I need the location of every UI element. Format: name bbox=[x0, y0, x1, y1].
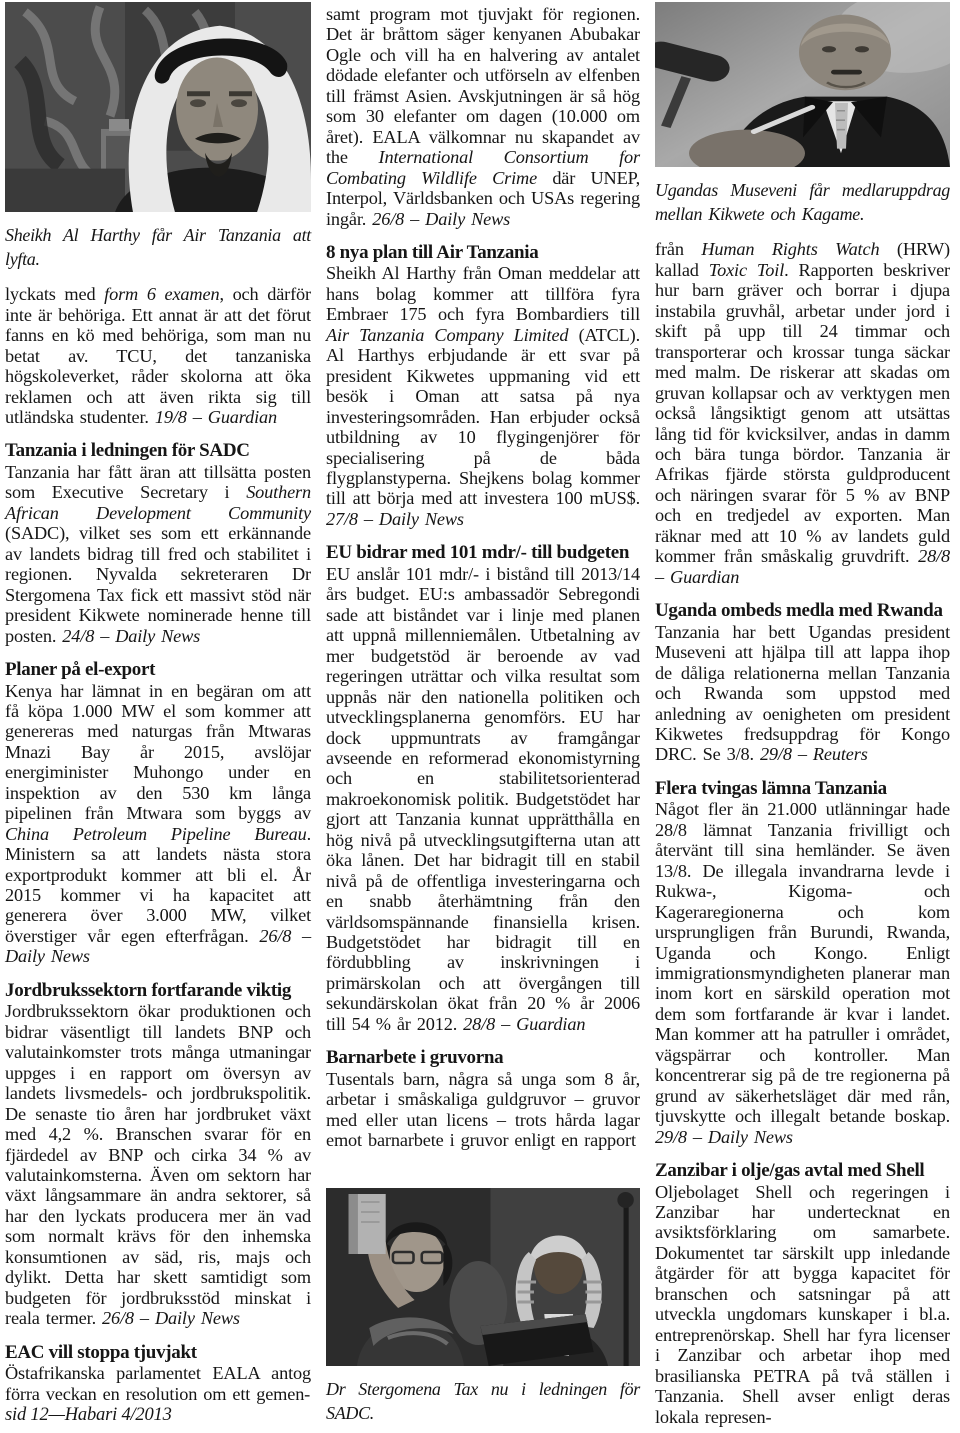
dr-stergomena-tax-photo bbox=[326, 1188, 640, 1366]
section-body: lyckats med form 6 examen, och därför in… bbox=[5, 284, 311, 427]
section-heading: Uganda ombeds medla med Rwanda bbox=[655, 600, 950, 622]
section-heading: Tanzania i ledningen för SADC bbox=[5, 440, 311, 462]
photo-caption-stergomena: Dr Stergomena Tax nu i ledningen för SAD… bbox=[326, 1378, 640, 1425]
section-heading: EU bidrar med 101 mdr/- till budgeten bbox=[326, 542, 640, 564]
section-heading: 8 nya plan till Air Tanzania bbox=[326, 242, 640, 264]
section-body: Tusentals barn, några så unga som 8 år, … bbox=[326, 1069, 640, 1151]
photo-caption-museveni: Ugandas Museveni får medlaruppdrag mella… bbox=[655, 179, 950, 226]
newsletter-page: Sheikh Al Harthy får Air Tanzania att ly… bbox=[0, 0, 960, 1433]
section-eac-tjuvjakt: EAC vill stoppa tjuvjakt Östafrikanska p… bbox=[5, 1342, 311, 1404]
ugandas-museveni-photo bbox=[655, 2, 950, 167]
section-form6-continuation: lyckats med form 6 examen, och därför in… bbox=[5, 284, 311, 427]
section-lamna-tanzania: Flera tvingas lämna Tanzania Något fler … bbox=[655, 778, 950, 1147]
section-body: Kenya har lämnat in en begäran om att få… bbox=[5, 681, 311, 967]
section-body: från Human Rights Watch (HRW) kallad Tox… bbox=[655, 239, 950, 587]
section-eu-budget: EU bidrar med 101 mdr/- till budgeten EU… bbox=[326, 542, 640, 1034]
section-zanzibar-shell: Zanzibar i olje/gas avtal med Shell Olje… bbox=[655, 1160, 950, 1427]
left-column: Sheikh Al Harthy får Air Tanzania att ly… bbox=[5, 2, 311, 1427]
section-body: Något fler än 21.000 utlänningar hade 28… bbox=[655, 799, 950, 1147]
section-air-tanzania: 8 nya plan till Air Tanzania Sheikh Al H… bbox=[326, 242, 640, 529]
section-hrw-continuation: från Human Rights Watch (HRW) kallad Tox… bbox=[655, 239, 950, 587]
section-tanzania-sadc: Tanzania i ledningen för SADC Tanzania h… bbox=[5, 440, 311, 646]
section-body: Sheikh Al Harthy från Oman meddelar att … bbox=[326, 263, 640, 529]
dr-stergomena-tax-photo-art bbox=[326, 1188, 640, 1366]
photo-caption-sheikh: Sheikh Al Harthy får Air Tanzania att ly… bbox=[5, 224, 311, 271]
section-heading: Flera tvingas lämna Tanzania bbox=[655, 778, 950, 800]
section-body: EU anslår 101 mdr/- i bistånd till 2013/… bbox=[326, 564, 640, 1034]
section-heading: EAC vill stoppa tjuvjakt bbox=[5, 1342, 311, 1364]
section-body: Tanzania har bett Ugandas president Muse… bbox=[655, 622, 950, 765]
section-body: Östafrikanska parlamentet EALA antog för… bbox=[5, 1363, 311, 1404]
section-body: Tanzania har fått äran att tillsätta pos… bbox=[5, 462, 311, 646]
section-uganda-medla: Uganda ombeds medla med Rwanda Tanzania … bbox=[655, 600, 950, 765]
section-heading: Zanzibar i olje/gas avtal med Shell bbox=[655, 1160, 950, 1182]
sheikh-al-harthy-photo bbox=[5, 2, 311, 212]
section-heading: Jordbrukssektorn fortfarande viktig bbox=[5, 980, 311, 1002]
right-column: Ugandas Museveni får medlaruppdrag mella… bbox=[655, 2, 950, 1427]
section-tjuvjakt-continuation: samt program mot tjuvjakt för regionen. … bbox=[326, 4, 640, 229]
section-heading: Barnarbete i gruvorna bbox=[326, 1047, 640, 1069]
section-jordbruk: Jordbrukssektorn fortfarande viktig Jord… bbox=[5, 980, 311, 1329]
section-body: Oljebolaget Shell och regeringen i Zanzi… bbox=[655, 1182, 950, 1427]
section-barnarbete: Barnarbete i gruvorna Tusentals barn, nå… bbox=[326, 1047, 640, 1150]
section-body: Jordbrukssektorn ökar produktionen och b… bbox=[5, 1001, 311, 1328]
middle-column: samt program mot tjuvjakt för regionen. … bbox=[326, 2, 640, 1427]
section-heading: Planer på el-export bbox=[5, 659, 311, 681]
section-el-export: Planer på el-export Kenya har lämnat in … bbox=[5, 659, 311, 967]
section-body: samt program mot tjuvjakt för regionen. … bbox=[326, 4, 640, 229]
ugandas-museveni-photo-art bbox=[655, 2, 950, 167]
page-footer: sid 12—Habari 4/2013 bbox=[5, 1404, 311, 1427]
sheikh-al-harthy-photo-art bbox=[5, 2, 311, 212]
